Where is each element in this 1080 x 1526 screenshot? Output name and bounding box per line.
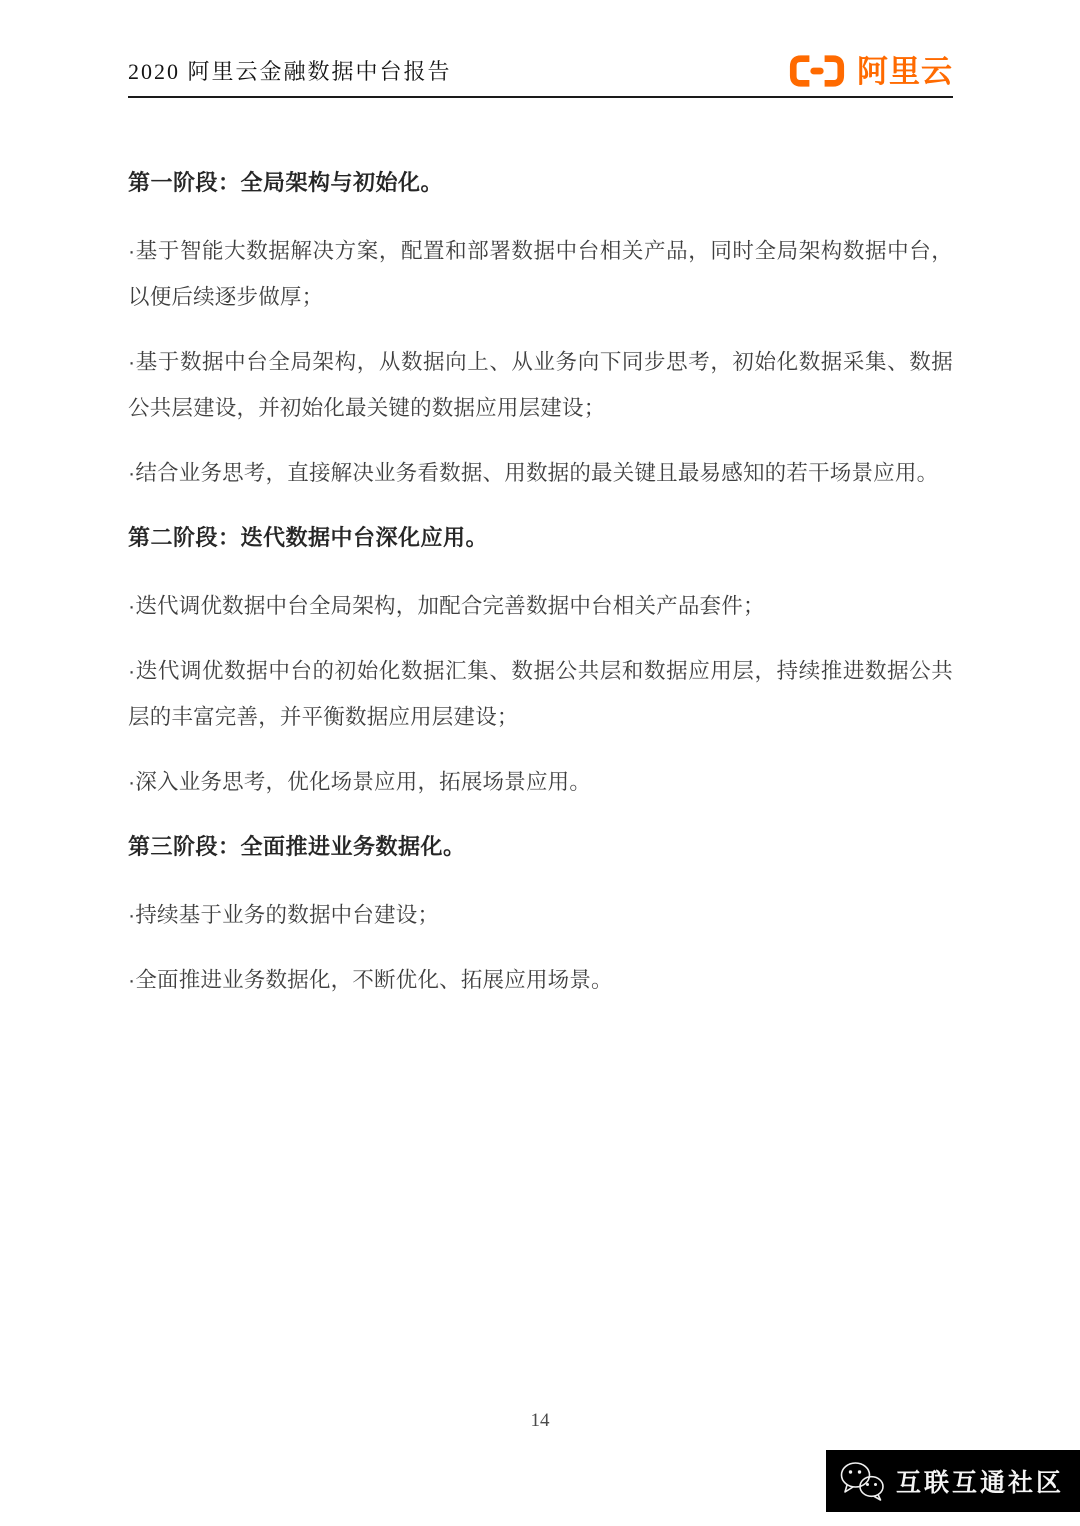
wechat-icon — [838, 1460, 886, 1502]
phase-3-bullet-2: ·全面推进业务数据化，不断优化、拓展应用场景。 — [128, 957, 953, 1003]
phase-3-heading: 第三阶段：全面推进业务数据化。 — [128, 824, 953, 870]
section-phase-3: 第三阶段：全面推进业务数据化。 ·持续基于业务的数据中台建设； ·全面推进业务数… — [128, 824, 953, 1003]
alibaba-cloud-wordmark: 阿里云 — [857, 56, 953, 87]
report-title: 2020 阿里云金融数据中台报告 — [128, 55, 452, 88]
phase-3-bullet-1: ·持续基于业务的数据中台建设； — [128, 892, 953, 938]
phase-1-bullet-2: ·基于数据中台全局架构，从数据向上、从业务向下同步思考，初始化数据采集、数据公共… — [128, 339, 953, 431]
section-phase-1: 第一阶段：全局架构与初始化。 ·基于智能大数据解决方案，配置和部署数据中台相关产… — [128, 160, 953, 496]
community-badge-label: 互联互通社区 — [896, 1463, 1064, 1499]
community-watermark-badge: 互联互通社区 — [826, 1450, 1080, 1512]
phase-2-bullet-1: ·迭代调优数据中台全局架构，加配合完善数据中台相关产品套件； — [128, 583, 953, 629]
page-header: 2020 阿里云金融数据中台报告 阿里云 — [128, 0, 953, 98]
page-number: 14 — [0, 1410, 1080, 1432]
phase-2-bullet-3: ·深入业务思考，优化场景应用，拓展场景应用。 — [128, 759, 953, 805]
phase-1-bullet-1: ·基于智能大数据解决方案，配置和部署数据中台相关产品，同时全局架构数据中台，以便… — [128, 228, 953, 320]
phase-2-bullet-2: ·迭代调优数据中台的初始化数据汇集、数据公共层和数据应用层，持续推进数据公共层的… — [128, 648, 953, 740]
alibaba-cloud-logo: 阿里云 — [786, 52, 953, 90]
alibaba-cloud-brackets-icon — [786, 52, 848, 90]
phase-1-bullet-3: ·结合业务思考，直接解决业务看数据、用数据的最关键且最易感知的若干场景应用。 — [128, 450, 953, 496]
section-phase-2: 第二阶段：迭代数据中台深化应用。 ·迭代调优数据中台全局架构，加配合完善数据中台… — [128, 515, 953, 805]
report-body: 第一阶段：全局架构与初始化。 ·基于智能大数据解决方案，配置和部署数据中台相关产… — [128, 98, 953, 1003]
phase-2-heading: 第二阶段：迭代数据中台深化应用。 — [128, 515, 953, 561]
phase-1-heading: 第一阶段：全局架构与初始化。 — [128, 160, 953, 206]
report-page: { "header": { "title": "2020 阿里云金融数据中台报告… — [0, 0, 1080, 1526]
